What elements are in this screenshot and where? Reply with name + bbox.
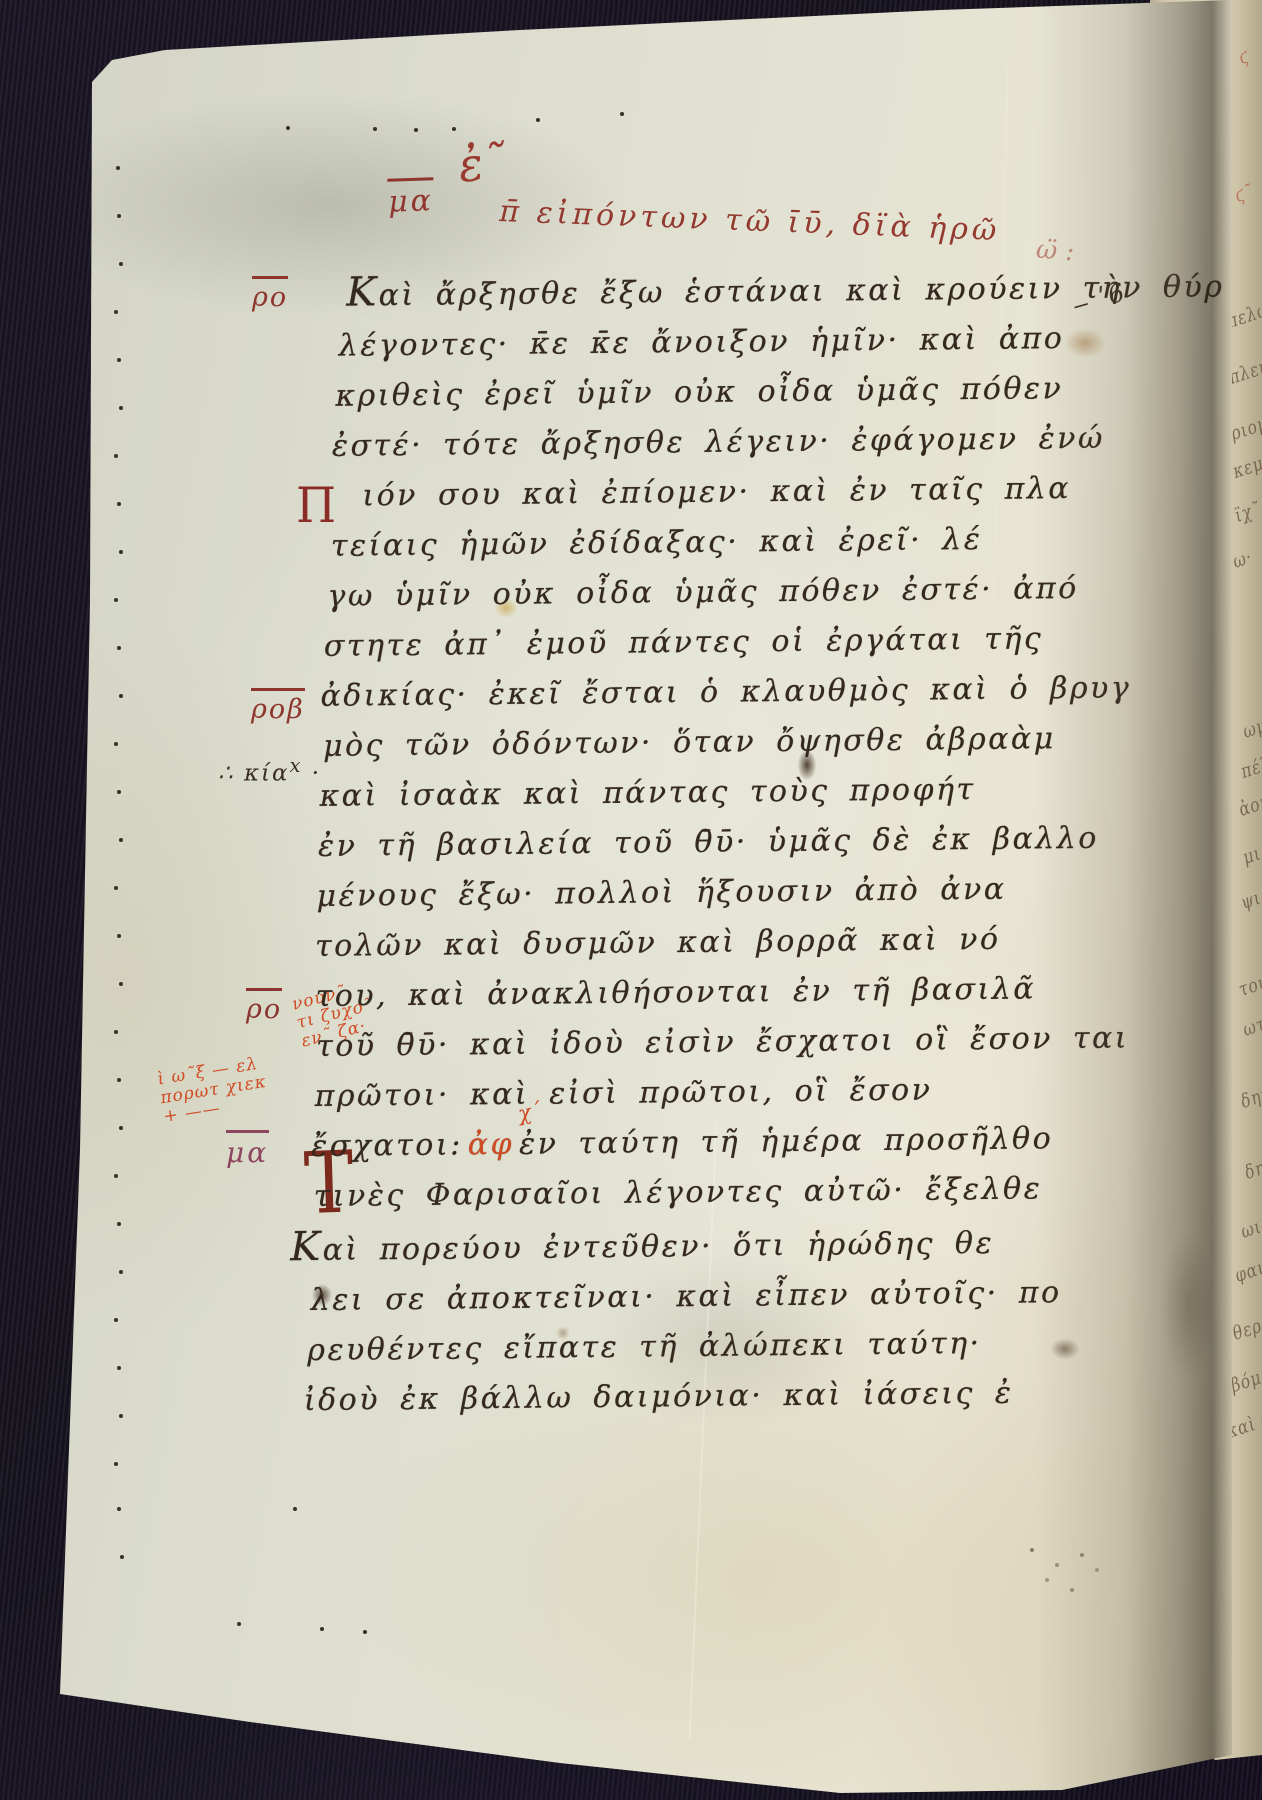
canon-reference-text: ∴ κία [218, 761, 290, 787]
foreedge-text-fragment: δημ [1238, 1082, 1262, 1113]
foreedge-text-fragment: ριομ [1228, 412, 1262, 445]
text-segment: ἐν ταύτη τῆ ἡμέρα προσῆλθο [519, 1121, 1054, 1162]
foreedge-text-fragment: πέξω [1238, 749, 1262, 783]
ammonian-section-number: ρο [252, 276, 288, 313]
text-line: τείαις ἡμῶν ἐδίδαξας· καὶ ἐρεῖ· λέ [331, 513, 1181, 572]
canon-reference-note: ∴ κίαx · [218, 754, 321, 787]
foreedge-text-fragment: ϊχ῀ [1232, 498, 1262, 527]
manuscript-photo: ϛ῀ ϛ πελω πλειο ριομ κεμ ϊχ῀ ω· ωμ πέξω … [0, 0, 1262, 1800]
text-line: τινὲς Φαρισαῖοι λέγοντες αὐτῶ· ἔξελθε [313, 1163, 1187, 1222]
foreedge-text-fragment: ψι [1238, 887, 1262, 914]
text-line: πρῶτοι· καὶ εἰσὶ πρῶτοι, οἳ ἔσον [314, 1063, 1186, 1122]
pricking-holes-top [286, 126, 290, 130]
foreedge-text-fragment: ωμ [1240, 714, 1262, 742]
text-line: λει σε ἀποκτεῖναι· καὶ εἶπεν αὐτοῖς· πο [311, 1267, 1189, 1326]
text-line: Καὶ ἄρξησθε ἔξω ἑστάναι καὶ κρούειν τὴν … [346, 259, 1179, 322]
title-flourish: ἐ῀ [454, 133, 509, 193]
text-line: λέγοντες· κ̄ε κ̄ε ἄνοιξον ἡμῖν· καὶ ἀπο [339, 313, 1179, 372]
text-line: του, καὶ ἀνακλιθήσονται ἐν τῆ βασιλᾶ [315, 963, 1185, 1022]
chapter-number-margin-lower: μα [226, 1130, 269, 1169]
vermillion-lection-note-lower: ὶ ω῀ξ — ελ πορωτ χιεκ + —— [156, 1054, 271, 1127]
text-line: μένους ἔξω· πολλοὶ ἥξουσιν ἀπὸ ἀνα [316, 863, 1184, 922]
text-line: τολῶν καὶ δυσμῶν καὶ βορρᾶ καὶ νό [315, 913, 1185, 972]
text-line: γω ὑμῖν οὐκ οἶδα ὑμᾶς πόθεν ἐστέ· ἀπό [327, 563, 1181, 622]
text-line: κριθεὶς ἐρεῖ ὑμῖν οὐκ οἶδα ὑμᾶς πόθεν [335, 363, 1179, 422]
foreedge-text-fragment: μι [1240, 842, 1262, 868]
text-segment: ἔσχατοι: [311, 1127, 463, 1164]
ammonian-section-number: ρο [246, 988, 282, 1025]
canon-reference-superscript: x [290, 754, 303, 777]
foreedge-text-fragment: δη [1242, 1157, 1262, 1184]
text-line: ιόν σου καὶ ἐπίομεν· καὶ ἐν ταῖς πλα [362, 463, 1180, 522]
text-line: καὶ ἰσαὰκ καὶ πάντας τοὺς προφήτ [319, 763, 1183, 822]
foreedge-text-fragment: θεραπ [1230, 1308, 1262, 1345]
manuscript-page: μα ἐ῀ π̄ εἰπόντων τῶ ῑῡ, δϊὰ ἡρῶ ω̈ : ρο… [0, 0, 1262, 1800]
ammonian-section-number: ροβ [251, 688, 305, 725]
text-line: Καὶ πορεύου ἐντεῦθεν· ὅτι ἡρώδης θε [290, 1213, 1189, 1276]
foreedge-text-fragment: ωτ [1240, 1013, 1262, 1041]
text-line: ρευθέντες εἴπατε τῆ ἀλώπεκι ταύτη· [307, 1317, 1189, 1376]
pricking-holes-left [116, 166, 120, 170]
lection-start-mark: ἀφ [468, 1127, 515, 1162]
text-line: ἐν τῆ βασιλεία τοῦ θ̄ῡ· ὑμᾶς δὲ ἐκ βαλλο [318, 813, 1184, 872]
speckle-cluster [1030, 1548, 1034, 1552]
text-line: μὸς τῶν ὀδόντων· ὅταν ὄψησθε ἀβραὰμ [323, 713, 1183, 772]
text-line: τοῦ θ̄ῡ· καὶ ἰδοὺ εἰσὶν ἔσχατοι οἳ ἔσον … [316, 1013, 1186, 1072]
pricking-holes-bottom [237, 1622, 241, 1626]
text-line: ἀδικίας· ἐκεῖ ἔσται ὁ κλαυθμὸς καὶ ὁ βρυ… [320, 663, 1182, 722]
foreedge-red-fragment: ϛ [1236, 45, 1252, 69]
foreedge-text-fragment: ἀοικ [1236, 788, 1262, 821]
foreedge-text-fragment: ω· [1230, 546, 1255, 573]
kephalaion-title-rubric: π̄ εἰπόντων τῶ ῑῡ, δϊὰ ἡρῶ [499, 194, 1001, 248]
foreedge-text-fragment: τουτ [1236, 968, 1262, 1001]
text-line: στητε ἀπ᾽ ἐμοῦ πάντες οἱ ἐργάται τῆς [324, 613, 1182, 672]
text-line-with-lection-mark: ἔσχατοι:ἀφἐν ταύτη τῆ ἡμέρα προσῆλθο [311, 1113, 1187, 1172]
foreedge-red-fragment: ϛ῀ [1232, 180, 1256, 207]
foreedge-text-fragment: βόμεν [1228, 1360, 1262, 1397]
text-line: ἰδοὺ ἐκ βάλλω δαιμόνια· καὶ ἰάσεις ἐ [304, 1367, 1190, 1426]
foreedge-text-fragment: φαιρι [1232, 1252, 1262, 1287]
text-line: ἐστέ· τότε ἄρξησθε λέγειν· ἐφάγομεν ἐνώ [332, 413, 1180, 472]
main-text-block: Καὶ ἄρξησθε ἔξω ἑστάναι καὶ κρούειν τὴν … [308, 259, 1190, 1426]
foreedge-text-fragment: κεμ [1230, 452, 1262, 483]
foreedge-text-fragment: ωι [1238, 1216, 1262, 1243]
chapter-number-margin: μα [387, 177, 434, 220]
